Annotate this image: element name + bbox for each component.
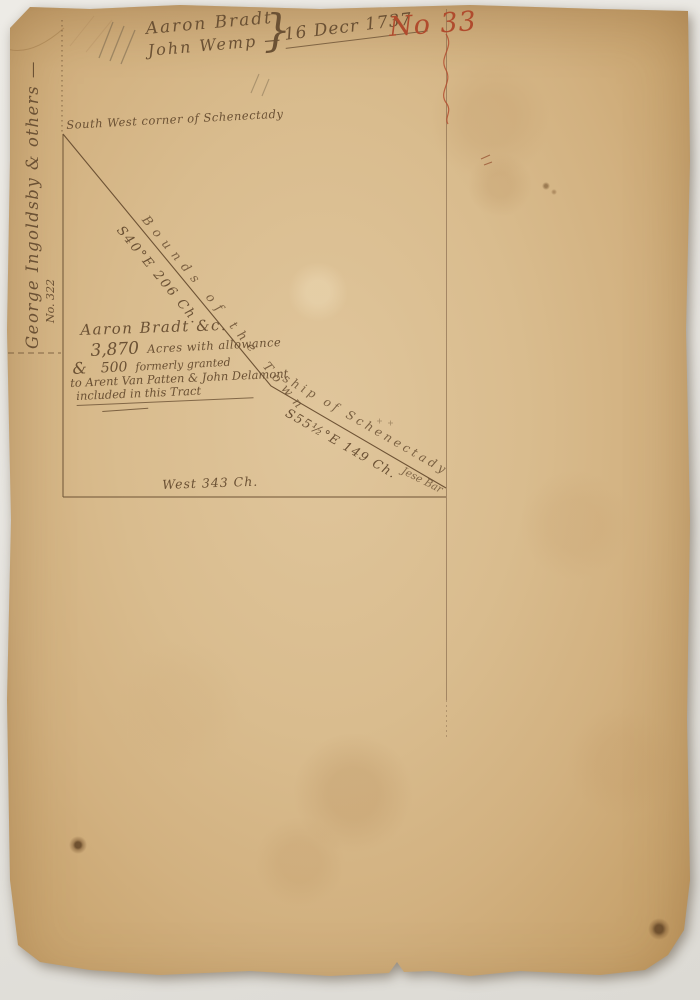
paper-shadow: 63 Aaron Bradt John Wemp — } 16 Decr 173…	[0, 0, 700, 1000]
left-endorsement-name: George Ingoldsby & others —	[24, 49, 43, 349]
map-linework	[0, 0, 700, 1000]
left-endorsement-number: No. 322	[45, 49, 58, 323]
survey-map-paper: 63 Aaron Bradt John Wemp — } 16 Decr 173…	[0, 0, 700, 1000]
left-endorsement-block: George Ingoldsby & others — No. 322	[24, 49, 58, 349]
note-flourish	[102, 404, 148, 412]
pencil-tick-marks	[251, 74, 269, 96]
corner-pencil-mark: 63	[8, 8, 23, 22]
red-ink-flourish	[444, 34, 449, 124]
document-number: No 33	[388, 6, 478, 43]
corner-label: South West corner of Schenectady	[66, 108, 284, 133]
pencil-slash-marks	[99, 22, 135, 64]
scanner-bed: 63 Aaron Bradt John Wemp — } 16 Decr 173…	[0, 0, 700, 1000]
ink-scribble-marks	[481, 155, 492, 165]
corner-crease-line	[4, 28, 64, 51]
bottom-course-label: West 343 Ch.	[162, 475, 259, 493]
paper-scratches	[70, 16, 112, 52]
